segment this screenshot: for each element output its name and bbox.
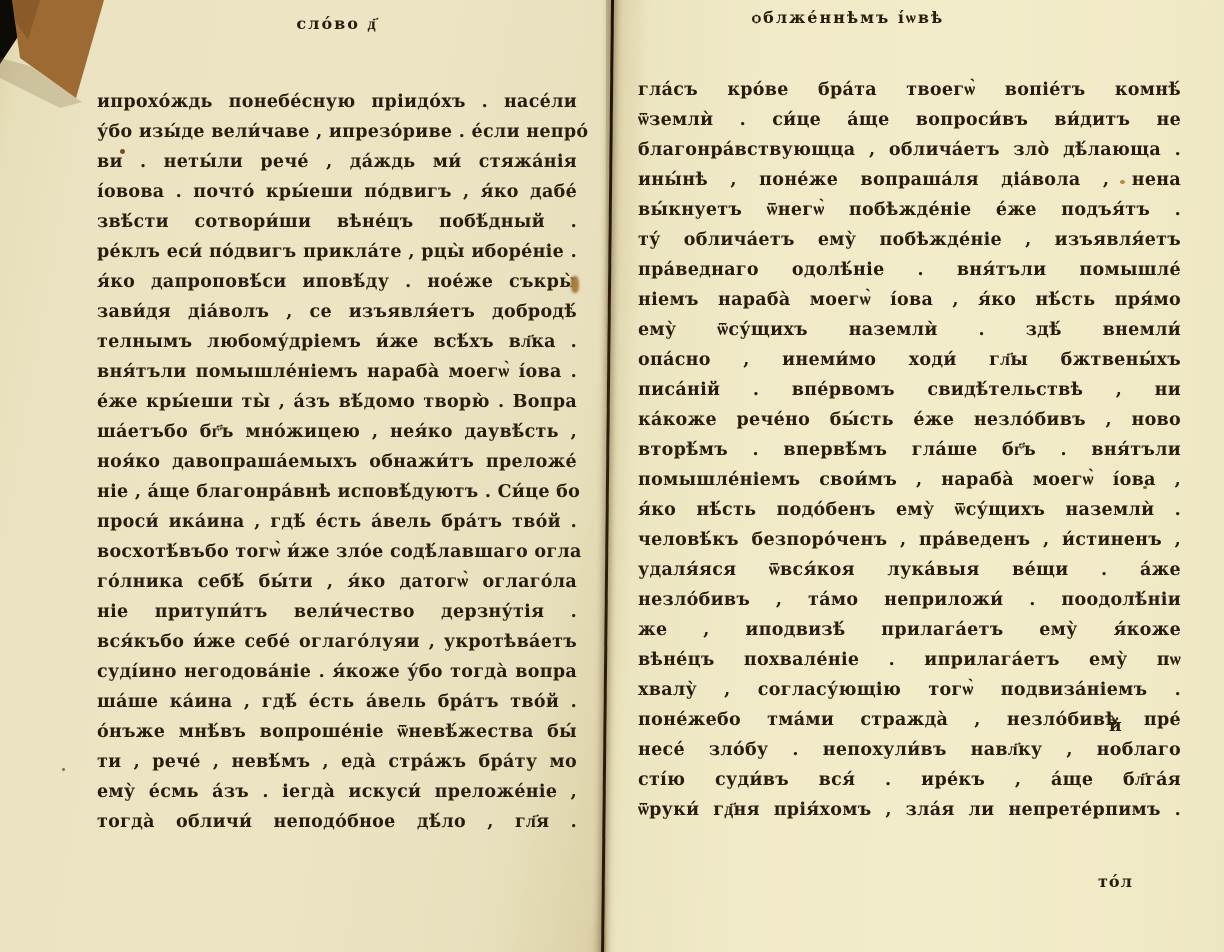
text-line: ины́нѣ , поне́же вопраша́ля діа́вола , н…	[638, 166, 1181, 196]
text-line: ша́ше ка́ина , гдѣ́ е́сть а́вель бра́тъ …	[97, 688, 577, 718]
text-line: удаля́яся ѿвся́коя лука́выя ве́щи . а́же	[638, 556, 1181, 586]
text-line: же , иподвизѣ́ прилага́етъ ему̀ я́коже	[638, 616, 1181, 646]
text-line: ѿземлѝ . си́це а́ще вопроси́въ ви́дитъ н…	[638, 106, 1181, 136]
text-line: незло́бивъ , та́мо неприложи́ . поодолѣ́…	[638, 586, 1181, 616]
text-line: вѣне́цъ похвале́ніе . иприлага́етъ ему̀ …	[638, 646, 1181, 676]
paper-speck	[1143, 486, 1147, 489]
book-spread: сло́во д҃ ѻблже́ннѣмъ і́ѡвѣ ипрохо́ждь п…	[0, 0, 1224, 952]
text-line: пра́веднаго одолѣ́ніе . вня́тъли помышле…	[638, 256, 1181, 286]
text-line: я́ко дапроповѣ́си иповѣ́ду . ное́же съкр…	[97, 268, 577, 298]
right-page-header: ѻблже́ннѣмъ і́ѡвѣ	[640, 8, 1056, 28]
text-line: сті́ю суди́въ вся́ . ире́къ , а́ще бл҃га…	[638, 766, 1181, 796]
text-line: ви . неты́ли рече́ , да́ждь ми́ стяжа́ні…	[97, 148, 577, 178]
text-line: ніе , а́ще благонра́внѣ исповѣ́дуютъ . С…	[97, 478, 577, 508]
text-line: ти , рече́ , невѣ́мъ , еда̀ стра́жъ бра́…	[97, 748, 577, 778]
text-line: ту́ облича́етъ ему̀ побѣжде́ніе , изъявл…	[638, 226, 1181, 256]
text-line: у́бо изы́де вели́чаве , ипрезо́риве . е́…	[97, 118, 577, 148]
margin-note: й	[1109, 716, 1122, 736]
text-line: ему̀ ѿсу́щихъ наземлѝ . здѣ́ внемли́	[638, 316, 1181, 346]
text-line: несе́ зло́бу . непохули́въ навл҃ку , ноб…	[638, 736, 1181, 766]
text-line: ніемъ нараба̀ моегѡ̀ і́ова , я́ко нѣ́сть…	[638, 286, 1181, 316]
text-line: суді́ино негодова́ніе . я́коже у́бо тогд…	[97, 658, 577, 688]
text-line: вторѣ́мъ . впервѣ́мъ гла́ше бг҃ъ . вня́т…	[638, 436, 1181, 466]
text-line: вня́тъли помышле́ніемъ нараба̀ моегѡ̀ і́…	[97, 358, 577, 388]
paper-speck	[120, 149, 125, 154]
text-line: вы́кнуетъ ѿнегѡ̀ побѣжде́ніе е́же подъя́…	[638, 196, 1181, 226]
right-page-text-block: гла́съ кро́ве бра́та твоегѡ̀ вопіе́тъ ко…	[638, 76, 1181, 826]
paper-speck	[1120, 180, 1125, 184]
text-line: человѣ́къ безпоро́ченъ , пра́веденъ , и́…	[638, 526, 1181, 556]
text-line: вся́къбо и́же себе́ оглаго́луяи , укротѣ…	[97, 628, 577, 658]
text-line: тогда̀ обличи́ неподо́бное дѣ́ло , гл҃я …	[97, 808, 577, 838]
text-line: хвалу̀ , согласу́ющію тогѡ̀ подвиза́ніем…	[638, 676, 1181, 706]
text-line: і́овова . почто́ кры́еши по́двигъ , я́ко…	[97, 178, 577, 208]
text-line: ніе притупи́тъ вели́чество дерзну́тія .	[97, 598, 577, 628]
text-line: ѿруки́ гд҃ня прія́хомъ , зла́я ли непрет…	[638, 796, 1181, 826]
text-line: ипрохо́ждь понебе́сную пріидо́хъ . насе́…	[97, 88, 577, 118]
text-line: звѣ́сти сотвори́ши вѣне́цъ побѣ́дный .	[97, 208, 577, 238]
text-line: опа́сно , инеми́мо ходи́ гл҃ы бжтвены́хъ	[638, 346, 1181, 376]
text-line: е́же кры́еши ты̀ , а́зъ вѣ́домо творю̀ .…	[97, 388, 577, 418]
catchword: то́л	[1098, 872, 1133, 891]
text-line: благонра́вствующца , облича́етъ зло̀ дѣ́…	[638, 136, 1181, 166]
text-line: гла́съ кро́ве бра́та твоегѡ̀ вопіе́тъ ко…	[638, 76, 1181, 106]
left-page-text-block: ипрохо́ждь понебе́сную пріидо́хъ . насе́…	[97, 88, 577, 838]
paper-speck	[62, 768, 65, 771]
text-line: го́лника себѣ́ бы́ти , я́ко датогѡ̀ огла…	[97, 568, 577, 598]
text-line: ша́етъбо бг҃ъ мно́жицею , нея́ко даувѣ́с…	[97, 418, 577, 448]
text-line: ноя́ко давопраша́емыхъ обнажи́тъ преложе…	[97, 448, 577, 478]
text-line: писа́ній . впе́рвомъ свидѣ́тельствѣ , ни	[638, 376, 1181, 406]
text-line: ре́клъ еси́ по́двигъ прикла́те , рцы̀ иб…	[97, 238, 577, 268]
left-page-header: сло́во д҃	[97, 14, 577, 34]
text-line: о́нъже мнѣ́въ вопроше́ніе ѿневѣ́жества б…	[97, 718, 577, 748]
text-line: восхотѣ́въбо тогѡ̀ и́же зло́е содѣ́лавша…	[97, 538, 577, 568]
text-line: я́ко нѣ́сть подо́бенъ ему̀ ѿсу́щихъ назе…	[638, 496, 1181, 526]
text-line: поне́жебо тма́ми стражда̀ , незло́бивѣ п…	[638, 706, 1181, 736]
text-line: телнымъ любому́дріемъ и́же всѣ́хъ вл҃ка …	[97, 328, 577, 358]
paper-speck	[571, 276, 579, 293]
text-line: зави́дя діа́волъ , се изъявля́етъ доброд…	[97, 298, 577, 328]
text-line: ка́коже рече́но бы́сть е́же незло́бивъ ,…	[638, 406, 1181, 436]
text-line: ему̀ е́смь а́зъ . іегда̀ искуси́ преложе…	[97, 778, 577, 808]
text-line: проси́ ика́ина , гдѣ́ е́сть а́вель бра́т…	[97, 508, 577, 538]
text-line: помышле́ніемъ свои́мъ , нараба̀ моегѡ̀ і…	[638, 466, 1181, 496]
